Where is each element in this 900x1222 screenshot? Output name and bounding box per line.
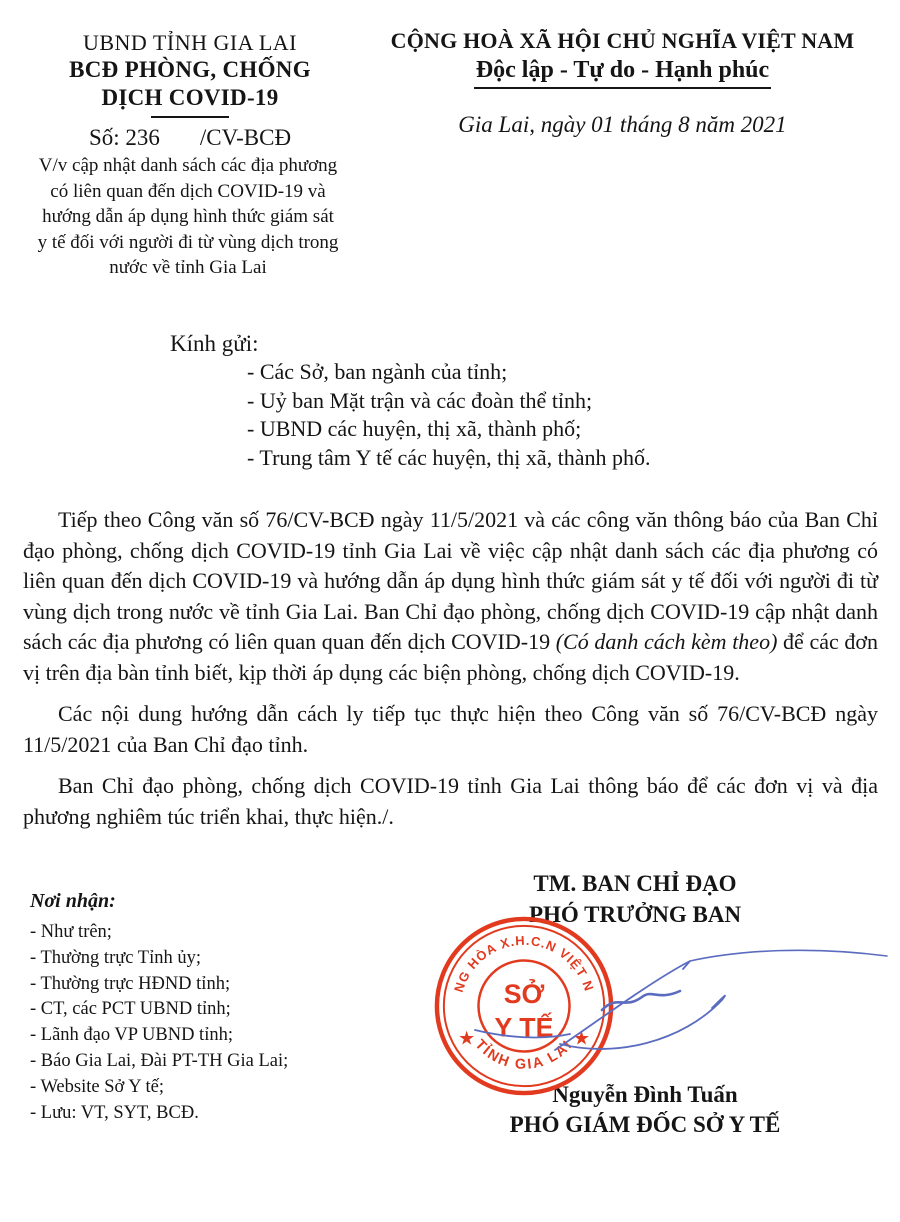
handwritten-signature [450, 938, 890, 1078]
national-header-block: CỘNG HOÀ XÃ HỘI CHỦ NGHĨA VIỆT NAM Độc l… [370, 28, 875, 138]
copy-to-item: - CT, các PCT UBND tỉnh; [30, 997, 390, 1023]
copy-to-item: - Website Sở Y tế; [30, 1075, 390, 1101]
document-number-label: Số: 236 [89, 125, 160, 150]
subject-line: V/v cập nhật danh sách các địa phương [12, 153, 364, 179]
copy-to-item: - Như trên; [30, 920, 390, 946]
national-motto: Độc lập - Tự do - Hạnh phúc [474, 57, 771, 89]
copy-to-item: - Thường trực Tỉnh ủy; [30, 946, 390, 972]
document-page: UBND TỈNH GIA LAI BCĐ PHÒNG, CHỐNG DỊCH … [0, 0, 900, 1222]
document-number: Số: 236/CV-BCĐ [20, 125, 360, 151]
paragraph-1-italic-note: (Có danh cách kèm theo) [556, 629, 778, 654]
signature-flourish [602, 991, 680, 1010]
subject-line: hướng dẫn áp dụng hình thức giám sát [12, 204, 364, 230]
document-subject: V/v cập nhật danh sách các địa phương có… [12, 153, 364, 281]
org-underline [151, 116, 229, 118]
signer-title: PHÓ GIÁM ĐỐC SỞ Y TẾ [430, 1110, 860, 1140]
on-behalf-line: TM. BAN CHỈ ĐẠO [420, 868, 850, 899]
copy-to-block: Nơi nhận: - Như trên; - Thường trực Tỉnh… [30, 890, 390, 1126]
org-name-line2: DỊCH COVID-19 [20, 84, 360, 112]
subject-line: nước về tỉnh Gia Lai [12, 255, 364, 281]
body-paragraph-3: Ban Chỉ đạo phòng, chống dịch COVID-19 t… [23, 771, 878, 832]
signature-stroke [555, 961, 690, 1050]
signature-stroke [560, 996, 725, 1049]
salutation-label: Kính gửi: [170, 331, 259, 357]
place-date-line: Gia Lai, ngày 01 tháng 8 năm 2021 [370, 112, 875, 138]
copy-to-item: - Lãnh đạo VP UBND tỉnh; [30, 1023, 390, 1049]
salutation-recipient: - Trung tâm Y tế các huyện, thị xã, thàn… [247, 444, 650, 473]
document-number-suffix: /CV-BCĐ [200, 125, 291, 150]
copy-to-item: - Báo Gia Lai, Đài PT-TH Gia Lai; [30, 1049, 390, 1075]
copy-to-item: - Lưu: VT, SYT, BCĐ. [30, 1101, 390, 1127]
subject-line: có liên quan đến dịch COVID-19 và [12, 179, 364, 205]
copy-to-item: - Thường trực HĐND tỉnh; [30, 972, 390, 998]
salutation-recipient: - Các Sở, ban ngành của tỉnh; [247, 358, 650, 387]
issuing-org-block: UBND TỈNH GIA LAI BCĐ PHÒNG, CHỐNG DỊCH … [20, 30, 360, 151]
body-paragraph-1: Tiếp theo Công văn số 76/CV-BCĐ ngày 11/… [23, 505, 878, 688]
document-body: Tiếp theo Công văn số 76/CV-BCĐ ngày 11/… [23, 505, 878, 832]
salutation-recipient: - Uỷ ban Mặt trận và các đoàn thể tỉnh; [247, 387, 650, 416]
signature-stroke [475, 1030, 570, 1037]
salutation-recipient: - UBND các huyện, thị xã, thành phố; [247, 415, 650, 444]
parent-org-name: UBND TỈNH GIA LAI [20, 30, 360, 56]
org-name-line1: BCĐ PHÒNG, CHỐNG [20, 56, 360, 84]
national-title: CỘNG HOÀ XÃ HỘI CHỦ NGHĨA VIỆT NAM [370, 28, 875, 54]
salutation-recipient-list: - Các Sở, ban ngành của tỉnh; - Uỷ ban M… [247, 358, 650, 472]
body-paragraph-2: Các nội dung hướng dẫn cách ly tiếp tục … [23, 699, 878, 760]
signature-stroke [690, 950, 887, 961]
copy-to-label: Nơi nhận: [30, 890, 390, 913]
subject-line: y tế đối với người đi từ vùng dịch trong [12, 230, 364, 256]
